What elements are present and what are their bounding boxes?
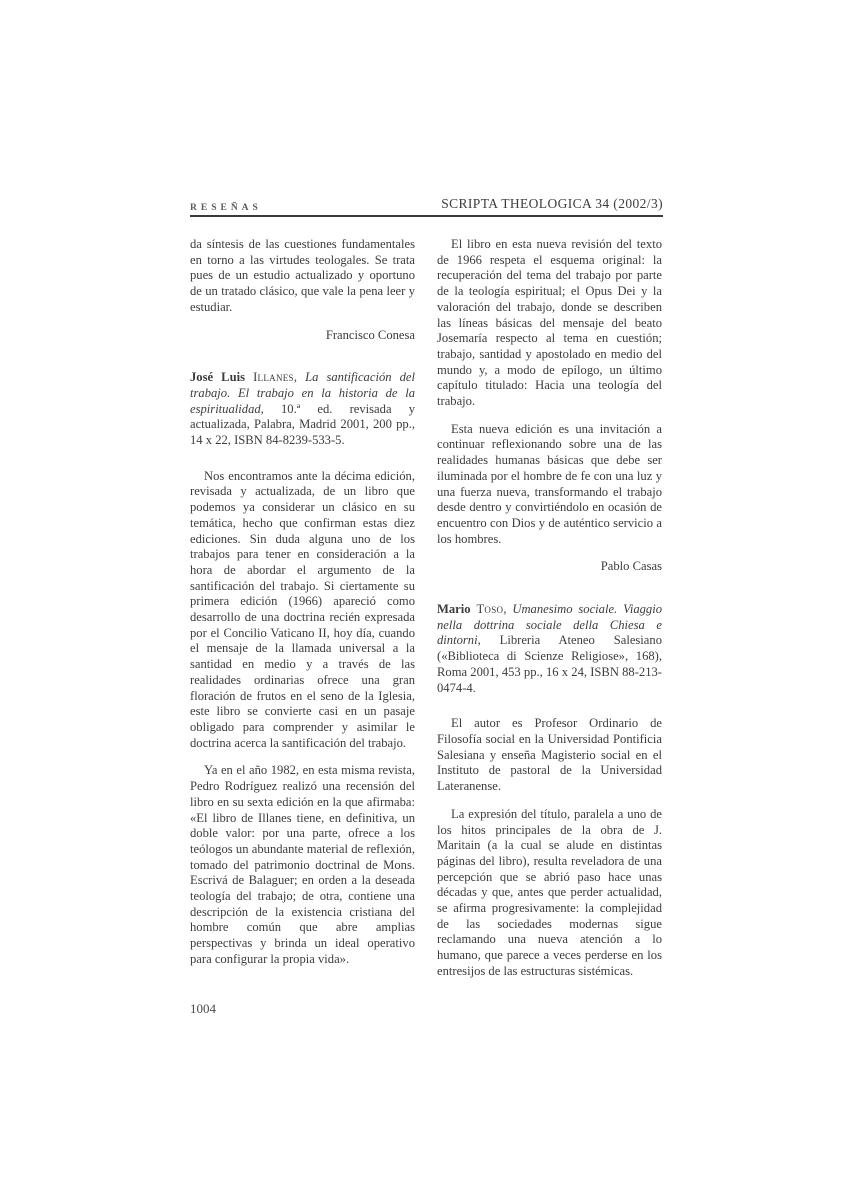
- two-column-text: da síntesis de las cuestiones fundamenta…: [190, 237, 663, 992]
- book-citation-illanes: José Luis Illanes, La santificación del …: [190, 370, 415, 449]
- journal-title-header: SCRIPTA THEOLOGICA 34 (2002/3): [441, 196, 663, 212]
- running-head: RESEÑAS SCRIPTA THEOLOGICA 34 (2002/3): [190, 196, 663, 217]
- review-paragraph: El autor es Profesor Ordinario de Filoso…: [437, 716, 662, 795]
- citation-author-surname: Illanes: [253, 370, 294, 384]
- review-paragraph-continuation: da síntesis de las cuestiones fundamenta…: [190, 237, 415, 316]
- reviewer-signature: Pablo Casas: [437, 559, 662, 575]
- reviewer-signature: Francisco Conesa: [190, 328, 415, 344]
- page-number: 1004: [190, 1001, 216, 1017]
- review-paragraph: Esta nueva edición es una invitación a c…: [437, 422, 662, 548]
- citation-separator: ,: [294, 370, 305, 384]
- right-column: El libro en esta nueva revisión del text…: [437, 237, 662, 992]
- book-citation-toso: Mario Toso, Umanesimo sociale. Viaggio n…: [437, 602, 662, 696]
- page-content: RESEÑAS SCRIPTA THEOLOGICA 34 (2002/3) d…: [190, 196, 663, 992]
- citation-author-firstname: Mario: [437, 602, 476, 616]
- citation-author-firstname: José Luis: [190, 370, 253, 384]
- review-paragraph: El libro en esta nueva revisión del text…: [437, 237, 662, 410]
- review-paragraph: Nos encontramos ante la décima edición, …: [190, 469, 415, 752]
- scanned-journal-page: RESEÑAS SCRIPTA THEOLOGICA 34 (2002/3) d…: [0, 0, 848, 1200]
- citation-separator: ,: [503, 602, 512, 616]
- left-column: da síntesis de las cuestiones fundamenta…: [190, 237, 415, 992]
- section-title: RESEÑAS: [190, 203, 262, 213]
- review-paragraph: Ya en el año 1982, en esta misma revista…: [190, 763, 415, 967]
- citation-author-surname: Toso: [476, 602, 503, 616]
- review-paragraph: La expresión del título, paralela a uno …: [437, 807, 662, 980]
